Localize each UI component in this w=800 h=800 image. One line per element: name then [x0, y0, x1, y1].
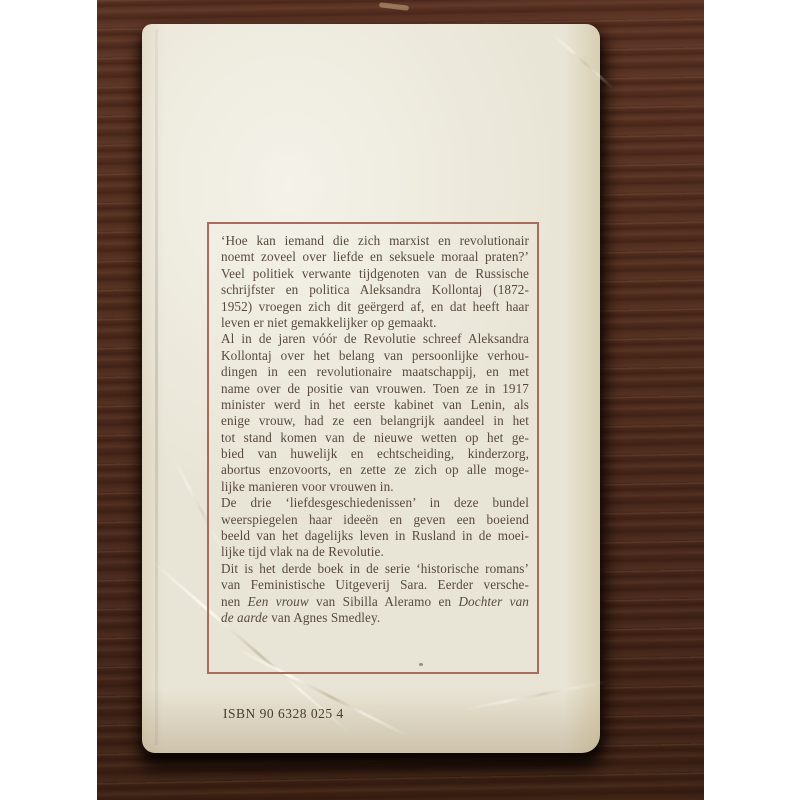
blurb-line: van Feministische Uitgeverij Sara. Eerde…: [221, 577, 529, 593]
blurb-line: Al in de jaren vóór de Revolutie schreef…: [221, 331, 529, 347]
blurb-line: bied van huwelijk en echtscheiding, kind…: [221, 446, 529, 462]
print-speck: [419, 663, 423, 666]
blurb-text: ‘Hoe kan iemand die zich marxist en revo…: [209, 224, 537, 626]
blurb-line: minister werd in het eerste kabinet van …: [221, 397, 529, 413]
cover-hinge-line: [155, 29, 158, 745]
blurb-line: 1952) vroegen zich dit geërgerd af, en d…: [221, 299, 529, 315]
blurb-line: lijke tijd vlak na de Revolutie.: [221, 544, 529, 560]
blurb-line: dingen in een revolutionaire maatschappi…: [221, 364, 529, 380]
book-back-cover: ‘Hoe kan iemand die zich marxist en revo…: [142, 24, 600, 753]
isbn-text: ISBN 90 6328 025 4: [223, 706, 344, 722]
wood-scratch-mark: [379, 2, 409, 11]
blurb-line: beeld van het dagelijks leven in Rusland…: [221, 528, 529, 544]
blurb-line: leven er niet gemakkelijker op gemaakt.: [221, 315, 529, 331]
blurb-line: lijke manieren voor vrouwen in.: [221, 479, 529, 495]
blurb-border-box: ‘Hoe kan iemand die zich marxist en revo…: [207, 222, 539, 674]
blurb-line: ‘Hoe kan iemand die zich marxist en revo…: [221, 233, 529, 249]
blurb-line: Dit is het derde boek in de serie ‘histo…: [221, 561, 529, 577]
blurb-line: abortus enzovoorts, en zette ze zich op …: [221, 462, 529, 478]
blurb-line: name over de positie van vrouwen. Toen z…: [221, 381, 529, 397]
blurb-line: tot stand komen van de nieuwe wetten op …: [221, 430, 529, 446]
blurb-line: noemt zoveel over liefde en seksuele mor…: [221, 249, 529, 265]
blurb-line: de aarde van Agnes Smedley.: [221, 610, 529, 626]
wood-table-background: ‘Hoe kan iemand die zich marxist en revo…: [97, 0, 704, 800]
blurb-line: nen Een vrouw van Sibilla Aleramo en Doc…: [221, 594, 529, 610]
blurb-line: Kollontaj over het belang van persoonlij…: [221, 348, 529, 364]
blurb-line: De drie ‘liefdesgeschiedenissen’ in deze…: [221, 495, 529, 511]
crease-line: [551, 32, 614, 89]
blurb-line: schrijfster en politica Aleksandra Kollo…: [221, 282, 529, 298]
crease-line: [464, 680, 608, 711]
blurb-line: Veel politiek verwante tijdgenoten van d…: [221, 266, 529, 282]
blurb-line: weerspiegelen haar ideeën en geven een b…: [221, 512, 529, 528]
blurb-line: enige vrouw, had ze een belangrijk aande…: [221, 413, 529, 429]
